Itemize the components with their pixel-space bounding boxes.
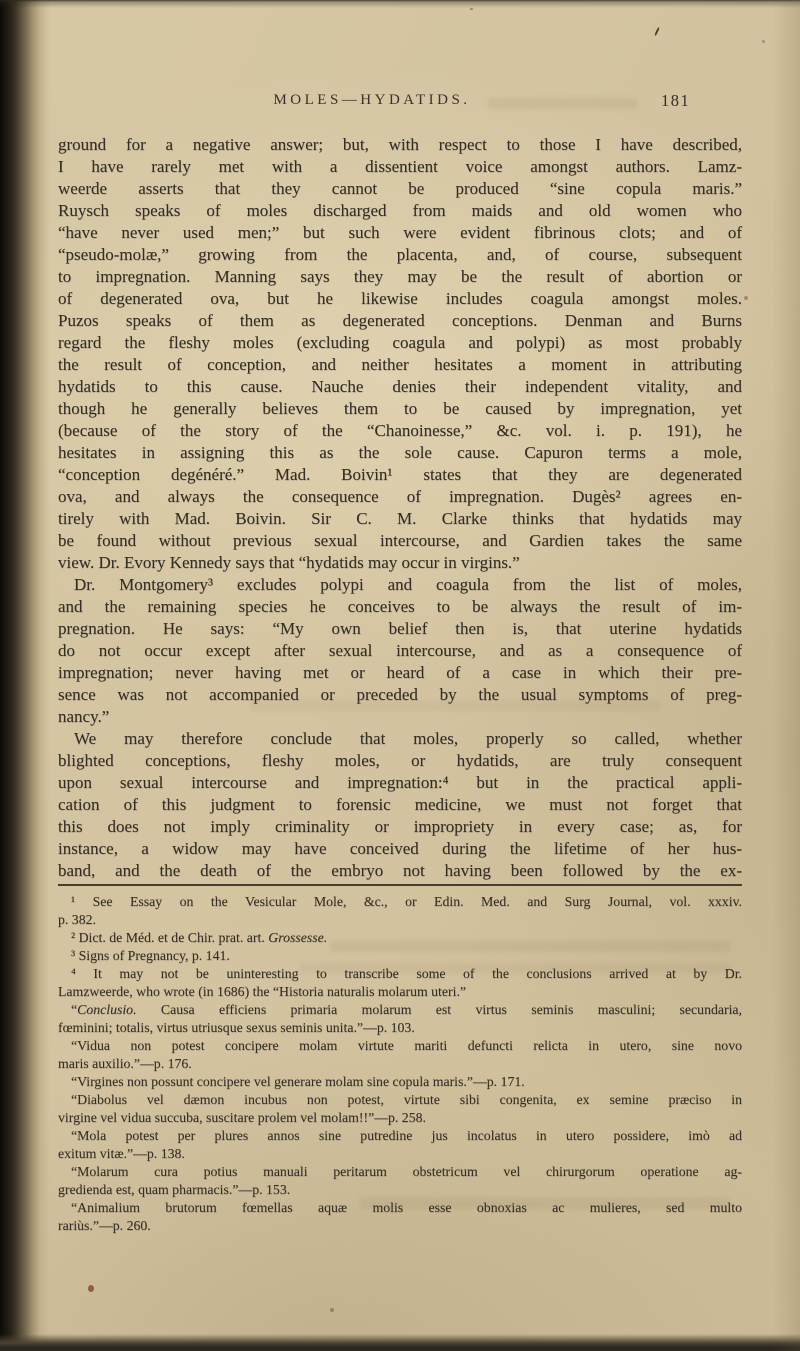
footnote-line: “Molarum cura potius manuali peritarum o…	[58, 1163, 742, 1181]
footnote-line: gredienda est, quam pharmacis.”—p. 153.	[58, 1181, 742, 1199]
footnote-text: Causa efficiens primaria molarum est vir…	[137, 1002, 742, 1017]
footnote-line: p. 382.	[58, 911, 742, 929]
footnote-italic-text: Grossesse.	[268, 930, 327, 945]
page-edge-right	[772, 0, 800, 1351]
text-line: view. Dr. Evory Kennedy says that “hydat…	[58, 552, 742, 574]
text-line: nancy.”	[58, 706, 742, 728]
text-line: impregnation; never having met or heard …	[58, 662, 742, 684]
text-line: cation of this judgment to forensic medi…	[58, 794, 742, 816]
paragraph: We may therefore conclude that moles, pr…	[58, 728, 742, 882]
text-line: to impregnation. Manning says they may b…	[58, 266, 742, 288]
paper-speck	[470, 8, 473, 10]
text-line: band, and the death of the embryo not ha…	[58, 860, 742, 882]
footnote-line: “Virgines non possunt concipere vel gene…	[58, 1073, 742, 1091]
text-line: of degenerated ova, but he likewise incl…	[58, 288, 742, 310]
text-line: “conception degénéré.” Mad. Boivin¹ stat…	[58, 464, 742, 486]
paper-speck	[654, 27, 660, 36]
text-line: though he generally believes them to be …	[58, 398, 742, 420]
text-line: Puzos speaks of them as degenerated conc…	[58, 310, 742, 332]
footnote-line: virgine vel vidua succuba, suscitare pro…	[58, 1109, 742, 1127]
text-line: hesitates in assigning this as the sole …	[58, 442, 742, 464]
footnote-line: fœminini; totalis, virtus utriusque sexu…	[58, 1019, 742, 1037]
page-number: 181	[661, 91, 690, 111]
footnote-rule	[58, 884, 742, 886]
footnote-line: “Mola potest per plures annos sine putre…	[58, 1127, 742, 1145]
text-line: ova, and always the consequence of impre…	[58, 486, 742, 508]
text-line: do not occur except after sexual interco…	[58, 640, 742, 662]
footnote-line: “Conclusio. Causa efficiens primaria mol…	[58, 1001, 742, 1019]
text-line: blighted conceptions, fleshy moles, or h…	[58, 750, 742, 772]
paper-speck	[88, 1285, 94, 1292]
text-line: upon sexual intercourse and impregnation…	[58, 772, 742, 794]
book-page: MOLES—HYDATIDS. 181 ground for a negativ…	[0, 0, 800, 1351]
text-line: “pseudo-molæ,” growing from the placenta…	[58, 244, 742, 266]
text-line: this does not imply criminality or impro…	[58, 816, 742, 838]
text-line: be found without previous sexual interco…	[58, 530, 742, 552]
text-line: “have never used men;” but such were evi…	[58, 222, 742, 244]
main-text: ground for a negative answer; but, with …	[58, 134, 742, 882]
paper-speck	[330, 1308, 334, 1312]
text-line: Ruysch speaks of moles discharged from m…	[58, 200, 742, 222]
text-line: I have rarely met with a dissentient voi…	[58, 156, 742, 178]
footnote-line: ¹ See Essay on the Vesicular Mole, &c., …	[58, 893, 742, 911]
paragraph: ground for a negative answer; but, with …	[58, 134, 742, 574]
footnotes: ¹ See Essay on the Vesicular Mole, &c., …	[58, 893, 742, 1235]
footnote-line: Lamzweerde, who wrote (in 1686) the “His…	[58, 983, 742, 1001]
footnote-line: ⁴ It may not be uninteresting to transcr…	[58, 965, 742, 983]
footnote-line: “Vidua non potest concipere molam virtut…	[58, 1037, 742, 1055]
text-line: the result of conception, and neither he…	[58, 354, 742, 376]
footnote-text: ² Dict. de Méd. et de Chir. prat. art.	[71, 930, 268, 945]
text-line: pregnation. He says: “My own belief then…	[58, 618, 742, 640]
paper-speck	[762, 40, 765, 43]
text-line: weerde asserts that they cannot be produ…	[58, 178, 742, 200]
footnote-line: ³ Signs of Pregnancy, p. 141.	[58, 947, 742, 965]
paragraph: Dr. Montgomery³ excludes polypi and coag…	[58, 574, 742, 728]
page-edge-top	[0, 0, 800, 8]
running-head-title: MOLES—HYDATIDS.	[30, 92, 714, 109]
footnote-line: ² Dict. de Méd. et de Chir. prat. art. G…	[58, 929, 742, 947]
text-line: Dr. Montgomery³ excludes polypi and coag…	[58, 574, 742, 596]
footnote-line: “Animalium brutorum fœmellas aquæ molis …	[58, 1199, 742, 1217]
text-line: hydatids to this cause. Nauche denies th…	[58, 376, 742, 398]
footnote-line: rariùs.”—p. 260.	[58, 1217, 742, 1235]
footnote-italic-text: Conclusio.	[77, 1002, 136, 1017]
text-line: We may therefore conclude that moles, pr…	[58, 728, 742, 750]
footnote-line: maris auxilio.”—p. 176.	[58, 1055, 742, 1073]
text-line: instance, a widow may have conceived dur…	[58, 838, 742, 860]
text-line: sence was not accompanied or preceded by…	[58, 684, 742, 706]
text-line: and the remaining species he conceives t…	[58, 596, 742, 618]
text-line: (because of the story of the “Chanoiness…	[58, 420, 742, 442]
paper-speck	[744, 296, 748, 300]
text-line: regard the fleshy moles (excluding coagu…	[58, 332, 742, 354]
binding-edge-left	[0, 0, 50, 1351]
text-line: ground for a negative answer; but, with …	[58, 134, 742, 156]
text-line: tirely with Mad. Boivin. Sir C. M. Clark…	[58, 508, 742, 530]
footnote-line: “Diabolus vel dæmon incubus non potest, …	[58, 1091, 742, 1109]
page-edge-bottom	[0, 1334, 800, 1351]
footnote-line: exitum vitæ.”—p. 138.	[58, 1145, 742, 1163]
